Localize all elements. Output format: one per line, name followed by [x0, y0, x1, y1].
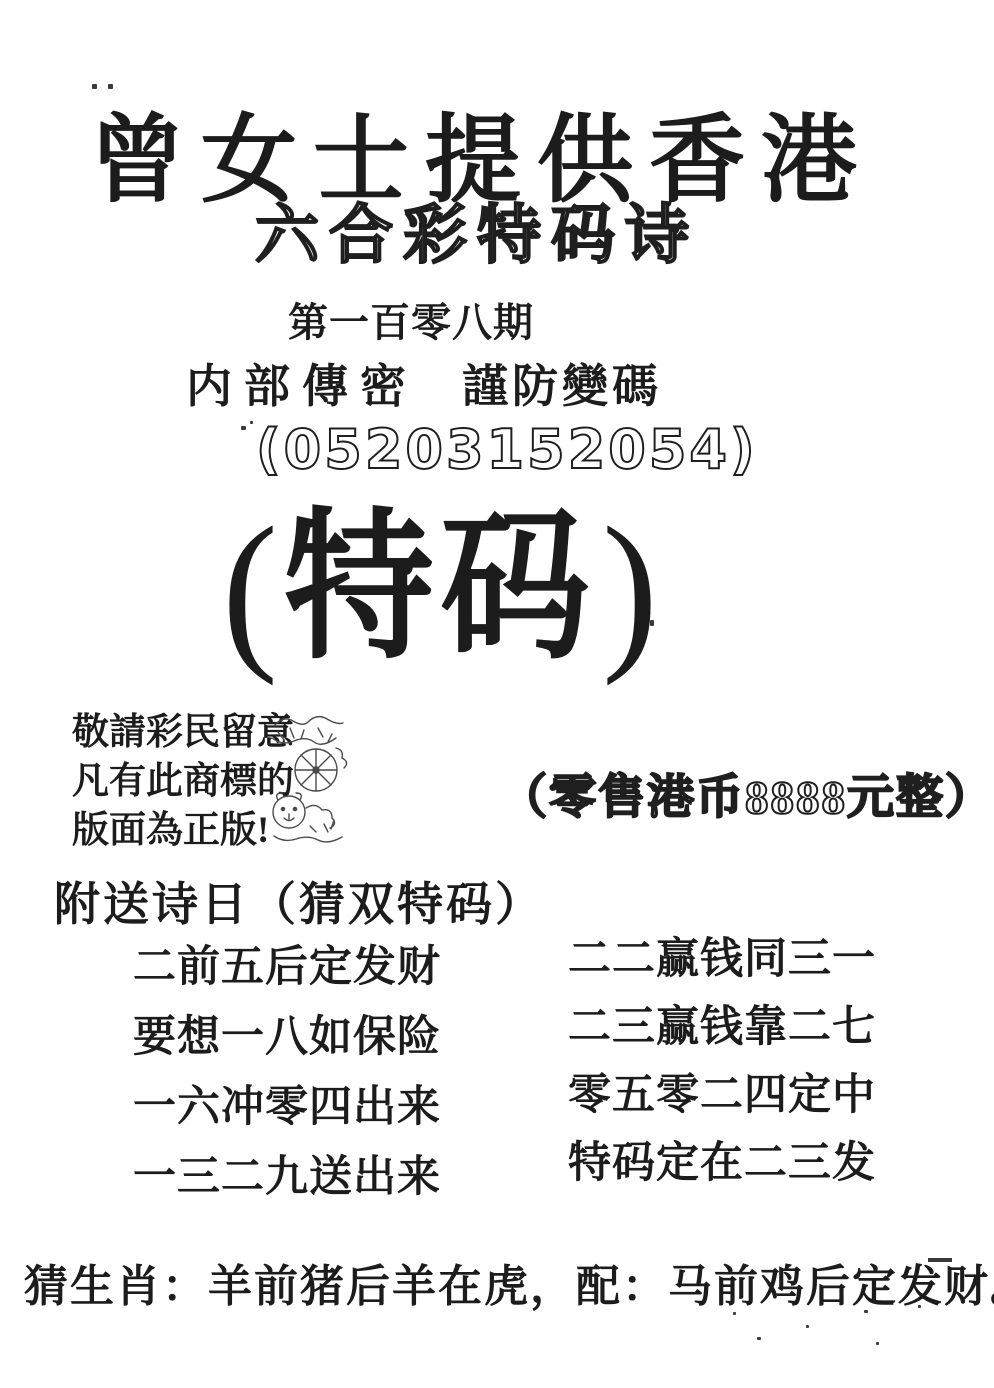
feature-close-paren: ): [602, 501, 658, 677]
scanned-flyer-page: 曾女士提供香港 六合彩特码诗 第一百零八期 内部傳密 謹防變碼 (0520315…: [0, 0, 994, 1388]
trademark-notice-line: 版面為正版!: [72, 806, 272, 855]
poem-line: 要想一八如保险: [133, 1016, 441, 1059]
feature-banner: ( 特码 ): [200, 505, 680, 673]
scan-speckle: [250, 421, 253, 424]
zodiac-guess-line: 猜生肖：羊前猪后羊在虎，配：马前鸡后定发财。: [24, 1250, 994, 1314]
stray-mark: [928, 1258, 952, 1262]
trademark-notice-line: 凡有此商標的: [72, 757, 272, 806]
scan-speckle: [241, 426, 246, 430]
serial-number: (05203152054): [256, 418, 758, 481]
scan-speckle: [918, 1305, 921, 1308]
trademark-notice: 敬請彩民留意 凡有此商標的 版面為正版!: [72, 708, 272, 855]
poem-line: 二三赢钱靠二七: [568, 1006, 876, 1049]
scan-speckle: [650, 620, 654, 626]
poem-line: 零五零二四定中: [568, 1074, 876, 1117]
scan-speckle: [92, 84, 97, 89]
poem-header: 附送诗日（猜双特码）: [54, 868, 544, 934]
scan-speckle: [108, 84, 113, 89]
warning-internal-secret: 内部傳密: [186, 350, 418, 416]
poem-line: 二前五后定发财: [133, 946, 441, 989]
poem-line: 二二赢钱同三一: [568, 938, 876, 981]
poem-line: 特码定在二三发: [568, 1142, 876, 1185]
trademark-stamp-icon: [266, 708, 350, 854]
poem-column-left: 二前五后定发财 要想一八如保险 一六冲零四出来 一三二九送出来: [133, 946, 441, 1199]
feature-label: 特码: [284, 508, 596, 670]
feature-open-paren: (: [222, 501, 278, 677]
scan-speckle: [864, 1310, 868, 1313]
price-line: （零售港币8888元整）: [500, 760, 994, 827]
trademark-notice-line: 敬請彩民留意: [72, 708, 272, 757]
poem-line: 一三二九送出来: [133, 1156, 441, 1199]
scan-speckle: [806, 1325, 809, 1328]
warning-beware-fake: 謹防變碼: [462, 350, 662, 416]
page-subtitle: 六合彩特码诗: [0, 184, 974, 276]
scan-speckle: [757, 1337, 761, 1340]
poem-column-right: 二二赢钱同三一 二三赢钱靠二七 零五零二四定中 特码定在二三发: [568, 938, 876, 1185]
issue-number: 第一百零八期: [288, 291, 534, 348]
poem-line: 一六冲零四出来: [133, 1086, 441, 1129]
scan-speckle: [733, 1312, 736, 1315]
scan-speckle: [876, 1342, 879, 1345]
